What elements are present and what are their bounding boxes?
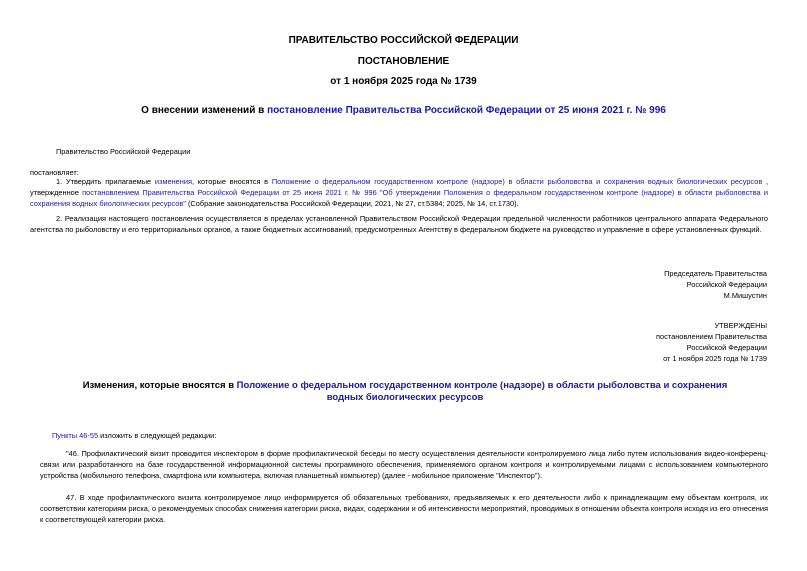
title-prefix: О внесении изменений в <box>141 105 267 116</box>
signature-line-2: Российской Федерации <box>664 279 767 290</box>
header-org: ПРАВИТЕЛЬСТВО РОССИЙСКОЙ ФЕДЕРАЦИИ <box>0 35 807 46</box>
paragraph-47: 47. В ходе профилактического визита конт… <box>40 492 768 525</box>
page-title: О внесении изменений в постановление Пра… <box>0 105 807 116</box>
changes-title: Изменения, которые вносятся в Положение … <box>70 380 740 404</box>
changes-title-link[interactable]: Положение о федеральном государственном … <box>237 380 728 403</box>
paragraph-2: 2. Реализация настоящего постановления о… <box>30 213 768 235</box>
paragraph-46: "46. Профилактический визит проводится и… <box>40 448 768 481</box>
approved-line-2: постановлением Правительства <box>656 331 767 342</box>
approved-line-3: Российской Федерации <box>656 342 767 353</box>
approved-block: УТВЕРЖДЕНЫ постановлением Правительства … <box>656 320 767 364</box>
header-doc-type: ПОСТАНОВЛЕНИЕ <box>0 56 807 67</box>
p1-text-4: (Собрание законодательства Российской Фе… <box>186 199 519 208</box>
signature-name: М.Мишустин <box>664 290 767 301</box>
signature-block: Председатель Правительства Российской Фе… <box>664 268 767 301</box>
link-regulation[interactable]: Положение о федеральном государственном … <box>272 177 762 186</box>
approved-line-4: от 1 ноября 2025 года № 1739 <box>656 353 767 364</box>
header-date-number: от 1 ноября 2025 года № 1739 <box>0 76 807 87</box>
change-item-1-text: изложить в следующей редакции: <box>98 431 216 440</box>
paragraph-1: 1. Утвердить прилагаемые изменения, кото… <box>30 176 768 209</box>
approved-line-1: УТВЕРЖДЕНЫ <box>656 320 767 331</box>
link-points-46-55[interactable]: Пункты 46-55 <box>52 431 98 440</box>
changes-title-prefix: Изменения, которые вносятся в <box>83 380 237 391</box>
change-item-1: Пункты 46-55 изложить в следующей редакц… <box>52 430 216 441</box>
title-link[interactable]: постановление Правительства Российской Ф… <box>267 105 666 116</box>
signature-line-1: Председатель Правительства <box>664 268 767 279</box>
link-changes[interactable]: изменения <box>155 177 192 186</box>
p1-text-2: , которые вносятся в <box>192 177 272 186</box>
issuer: Правительство Российской Федерации <box>56 146 190 157</box>
p1-text-1: 1. Утвердить прилагаемые <box>56 177 155 186</box>
